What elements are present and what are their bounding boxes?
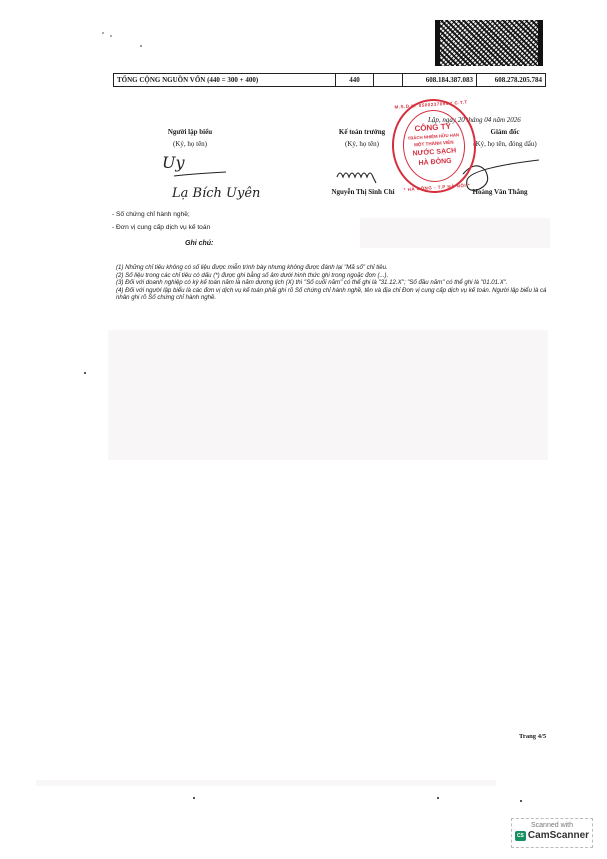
chief-accountant-signature-icon	[335, 167, 385, 185]
total-code: 440	[336, 74, 374, 86]
accounting-service-provider-label: - Đơn vị cung cấp dịch vụ kế toán	[112, 224, 210, 231]
handwritten-name: Lạ Bích Uyên	[172, 186, 260, 201]
watermark-caption: Scanned with	[512, 822, 592, 829]
chief-accountant-name: Nguyễn Thị Sinh Chi	[318, 188, 408, 196]
scan-speck	[140, 45, 142, 47]
signature-role: Người lập biểu	[150, 128, 230, 136]
show-through-band	[36, 780, 496, 786]
signature-hint: (Ký, họ tên)	[322, 140, 402, 148]
scan-speck	[193, 797, 195, 799]
scan-speck	[102, 32, 104, 34]
seal-ring-top-text: M.S.D.N: 0500237094 * C.T.T	[391, 99, 471, 110]
signature-role: Kế toán trưởng	[322, 128, 402, 136]
watermark-brand: CS CamScanner	[512, 830, 592, 841]
signature-director: Giám đốc (Ký, họ tên, đóng dấu)	[465, 128, 545, 148]
signature-role: Giám đốc	[465, 128, 545, 136]
total-beginning-of-year: 608.278.205.784	[477, 74, 545, 86]
total-capital-row: TỔNG CỘNG NGUỒN VỐN (440 = 300 + 400) 44…	[113, 73, 546, 87]
camscanner-logo-icon: CS	[515, 831, 526, 841]
scan-speck	[110, 35, 112, 37]
signature-chief-accountant: Kế toán trưởng (Ký, họ tên)	[322, 128, 402, 148]
total-label: TỔNG CỘNG NGUỒN VỐN (440 = 300 + 400)	[114, 74, 336, 86]
director-name: Hoàng Văn Thắng	[455, 188, 545, 196]
total-end-of-year: 608.184.387.083	[403, 74, 477, 86]
note-item: (2) Số liệu trong các chỉ tiêu có dấu (*…	[116, 272, 548, 280]
notes-title: Ghi chú:	[185, 240, 213, 247]
notes-list: (1) Những chỉ tiêu không có số liệu được…	[116, 264, 548, 302]
show-through-band	[360, 218, 550, 248]
signature-preparer: Người lập biểu (Ký, họ tên)	[150, 128, 230, 148]
note-item: (1) Những chỉ tiêu không có số liệu được…	[116, 264, 548, 272]
camscanner-watermark: Scanned with CS CamScanner	[511, 818, 593, 848]
note-item: (4) Đối với người lập biểu là các đơn vị…	[116, 287, 548, 302]
scan-speck	[520, 800, 522, 802]
scan-speck	[84, 372, 86, 374]
signature-stroke-icon	[170, 160, 230, 180]
note-item: (3) Đối với doanh nghiệp có kỳ kế toán n…	[116, 279, 548, 287]
watermark-brand-name: CamScanner	[528, 830, 589, 841]
scan-speck	[437, 797, 439, 799]
signature-hint: (Ký, họ tên)	[150, 140, 230, 148]
qr-code	[435, 20, 543, 66]
page-number: Trang 4/5	[519, 733, 546, 740]
signature-hint: (Ký, họ tên, đóng dấu)	[465, 140, 545, 148]
total-note	[374, 74, 403, 86]
certificate-number-label: - Số chứng chỉ hành nghề;	[112, 211, 190, 218]
show-through-band	[108, 330, 548, 460]
